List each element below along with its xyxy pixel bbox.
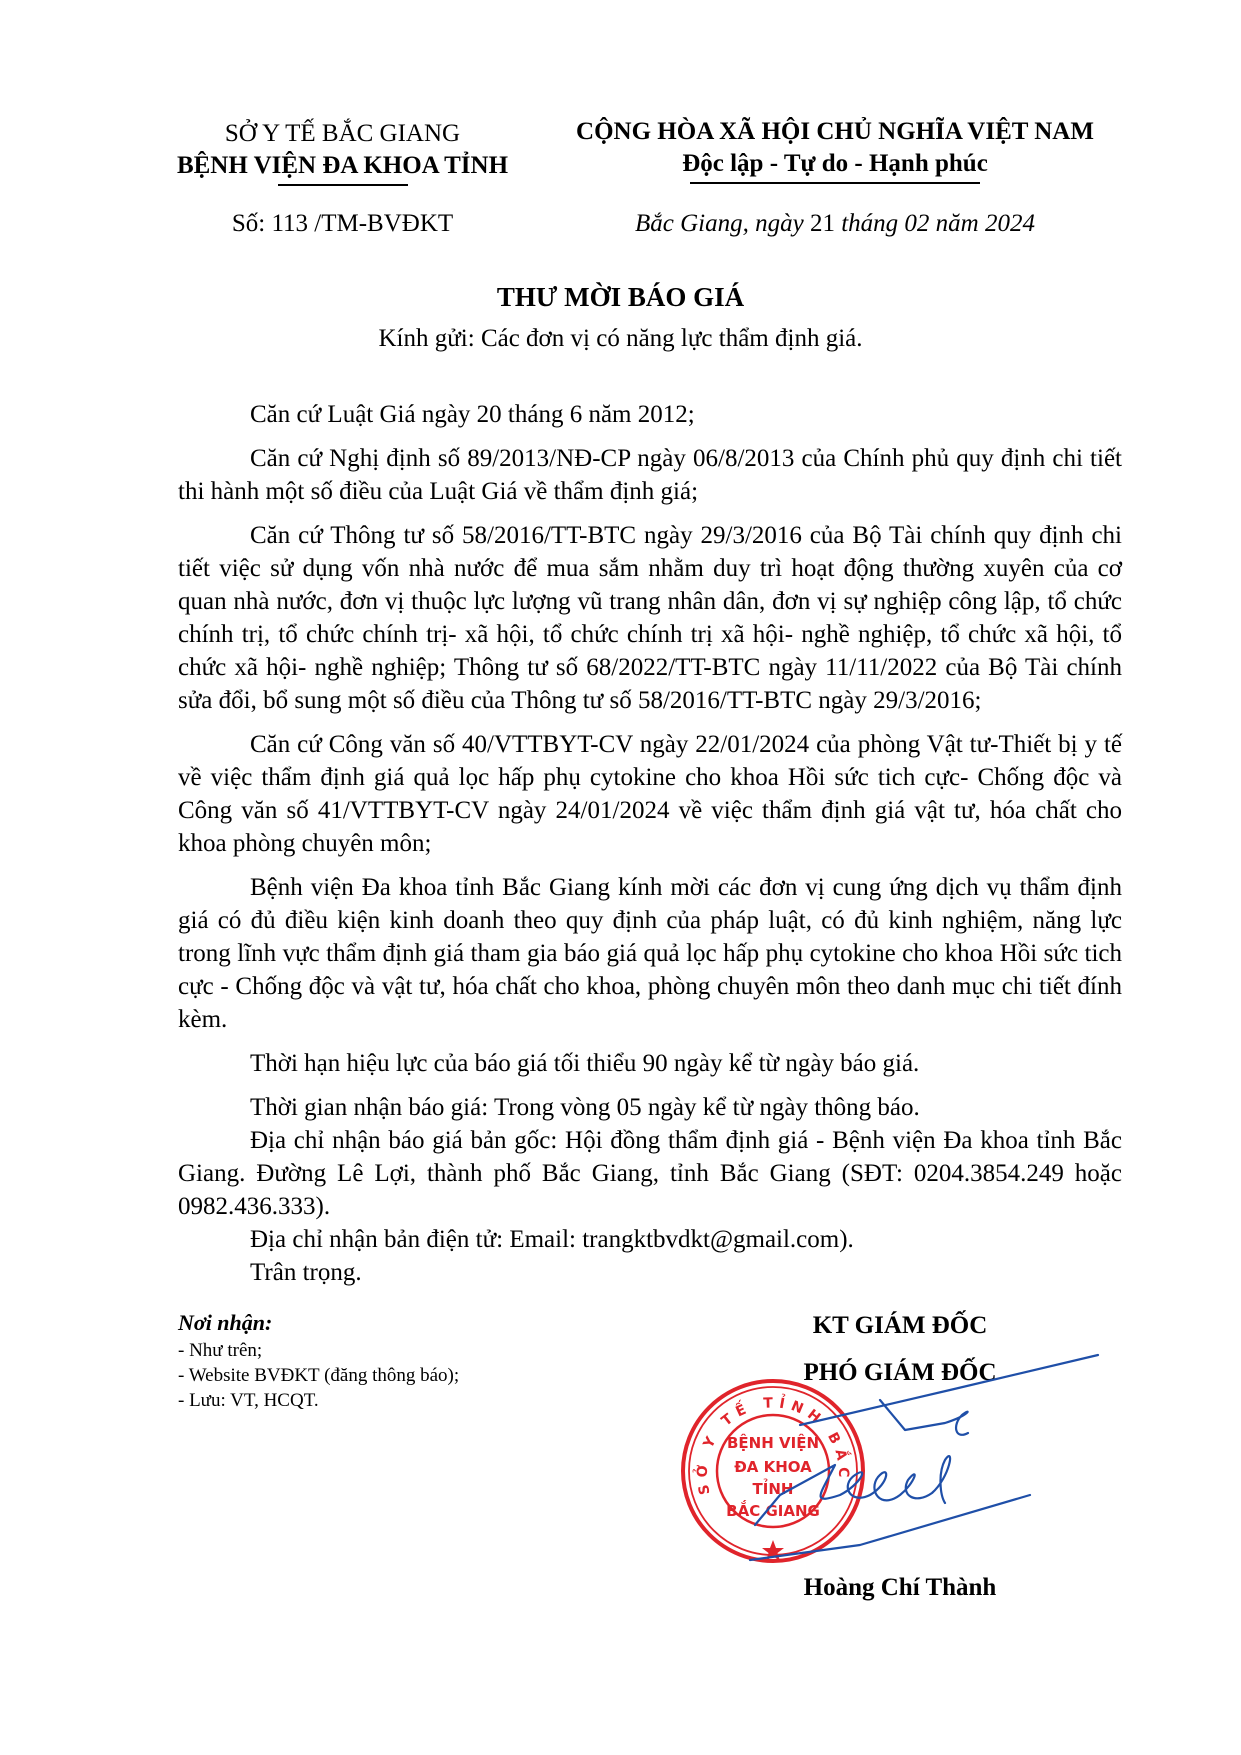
- issuer-header: SỞ Y TẾ BẮC GIANG BỆNH VIỆN ĐA KHOA TỈNH: [165, 118, 520, 186]
- doc-number-value: 113: [271, 210, 308, 237]
- paragraph-legal-basis-1: Căn cứ Luật Giá ngày 20 tháng 6 năm 2012…: [178, 398, 1122, 431]
- paragraph-deadline: Thời gian nhận báo giá: Trong vòng 05 ng…: [178, 1091, 1122, 1124]
- handwritten-signature-icon: [740, 1345, 1100, 1575]
- recipients-label: Nơi nhận:: [178, 1308, 628, 1338]
- doc-number-prefix: Số:: [232, 210, 265, 237]
- document-title: THƯ MỜI BÁO GIÁ: [0, 282, 1241, 313]
- recipient-item: - Lưu: VT, HCQT.: [178, 1388, 628, 1413]
- paragraph-closing: Trân trọng.: [178, 1256, 1122, 1289]
- paragraph-postal-address: Địa chỉ nhận báo giá bản gốc: Hội đồng t…: [178, 1124, 1122, 1223]
- organization-name: BỆNH VIỆN ĐA KHOA TỈNH: [165, 150, 520, 182]
- header-divider: [278, 184, 408, 186]
- agency-name: SỞ Y TẾ BẮC GIANG: [165, 118, 520, 150]
- date-month: 02: [904, 210, 929, 237]
- date-month-label: tháng: [841, 210, 898, 237]
- motto-divider: [690, 182, 980, 184]
- paragraph-email-address: Địa chỉ nhận bản điện tử: Email: trangkt…: [178, 1223, 1122, 1256]
- recipient-item: - Website BVĐKT (đăng thông báo);: [178, 1363, 628, 1388]
- date-line: Bắc Giang, ngày 21 tháng 02 năm 2024: [555, 210, 1115, 238]
- document-body: Căn cứ Luật Giá ngày 20 tháng 6 năm 2012…: [178, 398, 1122, 1289]
- recipient-item: - Như trên;: [178, 1338, 628, 1363]
- date-year: năm 2024: [936, 210, 1035, 237]
- paragraph-legal-basis-4: Căn cứ Công văn số 40/VTTBYT-CV ngày 22/…: [178, 728, 1122, 860]
- greeting: Kính gửi: Các đơn vị có năng lực thẩm đị…: [0, 325, 1241, 353]
- document-number: Số: 113 /TM-BVĐKT: [165, 210, 520, 238]
- country-name: CỘNG HÒA XÃ HỘI CHỦ NGHĨA VIỆT NAM: [555, 116, 1115, 148]
- national-motto: Độc lập - Tự do - Hạnh phúc: [555, 148, 1115, 180]
- signer-name: Hoàng Chí Thành: [720, 1574, 1080, 1602]
- paragraph-legal-basis-3: Căn cứ Thông tư số 58/2016/TT-BTC ngày 2…: [178, 519, 1122, 717]
- date-day: 21: [810, 210, 835, 237]
- recipients-block: Nơi nhận: - Như trên; - Website BVĐKT (đ…: [178, 1308, 628, 1413]
- national-header: CỘNG HÒA XÃ HỘI CHỦ NGHĨA VIỆT NAM Độc l…: [555, 116, 1115, 184]
- date-place: Bắc Giang, ngày: [635, 210, 804, 237]
- paragraph-legal-basis-2: Căn cứ Nghị định số 89/2013/NĐ-CP ngày 0…: [178, 442, 1122, 508]
- document-page: SỞ Y TẾ BẮC GIANG BỆNH VIỆN ĐA KHOA TỈNH…: [0, 0, 1241, 1755]
- doc-number-suffix: /TM-BVĐKT: [314, 210, 453, 237]
- paragraph-validity: Thời hạn hiệu lực của báo giá tối thiểu …: [178, 1047, 1122, 1080]
- signer-authority: KT GIÁM ĐỐC: [720, 1312, 1080, 1340]
- paragraph-invitation: Bệnh viện Đa khoa tỉnh Bắc Giang kính mờ…: [178, 871, 1122, 1036]
